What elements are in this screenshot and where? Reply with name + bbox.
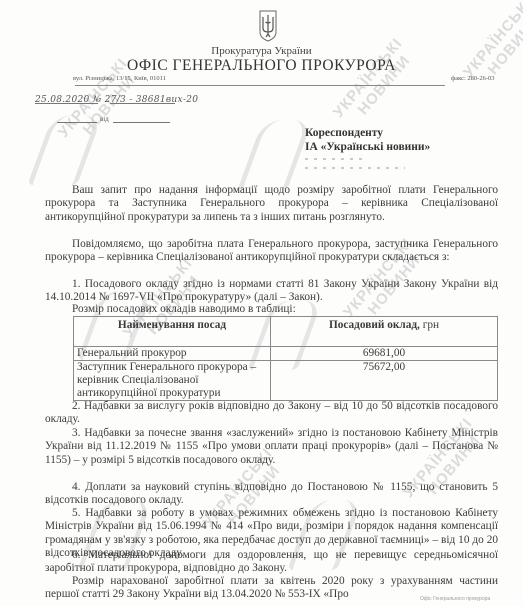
paragraph-request: Ваш запит про надання інформації щодо ро… — [45, 184, 498, 224]
cell-salary: 75672,00 — [271, 361, 498, 401]
table-header-row: Найменування посад Посадовий оклад, грн — [74, 317, 498, 347]
addressee-block: Кореспонденту ІА «Українські новини» — [305, 126, 430, 154]
ref-date-underline — [113, 122, 170, 123]
document-page: УКРАЇНСЬКІНОВИНИ УКРАЇНСЬКІНОВИНИ УКРАЇН… — [0, 0, 523, 606]
addressee-org: ІА «Українські новини» — [305, 140, 430, 154]
salary-header-label: Посадовий оклад, — [329, 319, 420, 331]
redacted-line — [305, 167, 405, 169]
paragraph-table-intro: Розмір посадових окладів наводимо в табл… — [45, 303, 498, 316]
paragraph-item-3: 3. Надбавки за почесне звання «заслужени… — [45, 427, 498, 467]
table-row: Заступник Генерального прокурора – керів… — [74, 361, 498, 401]
salary-header-unit: грн — [420, 319, 439, 331]
date-underline — [35, 103, 98, 104]
number-underline — [110, 103, 175, 104]
redacted-line — [305, 158, 365, 160]
watermark-logo — [27, 115, 102, 185]
org-address: вул. Різницька, 13/15, Київ, 01011 — [73, 75, 166, 82]
paragraph-item-4: 4. Доплати за науковий ступінь відповідн… — [45, 481, 498, 508]
paragraph-item-2: 2. Надбавки за вислугу років відповідно … — [45, 400, 498, 427]
column-header-salary: Посадовий оклад, грн — [271, 317, 498, 347]
paragraph-inform: Повідомляємо, що заробітна плата Генерал… — [45, 238, 498, 265]
paragraph-item-6: 6. Матеріальної допомоги для оздоровленн… — [45, 549, 498, 576]
salary-table: Найменування посад Посадовий оклад, грн … — [73, 316, 498, 401]
table-row: Генеральний прокурор 69681,00 — [74, 347, 498, 361]
addressee-role: Кореспонденту — [305, 126, 430, 140]
header-divider — [75, 85, 445, 86]
ref-date-label: від — [100, 115, 109, 123]
cell-salary: 69681,00 — [271, 347, 498, 361]
cell-position: Заступник Генерального прокурора – керів… — [74, 361, 271, 401]
paragraph-item-1: 1. Посадового окладу згідно із нормами с… — [45, 278, 498, 305]
column-header-position: Найменування посад — [74, 317, 271, 347]
org-title: ОФІС ГЕНЕРАЛЬНОГО ПРОКУРОРА — [0, 57, 523, 75]
watermark-logo — [237, 120, 312, 190]
ref-number-underline — [57, 122, 97, 123]
office-stamp-text: Офіс Генерального прокурора — [420, 596, 490, 602]
cell-position: Генеральний прокурор — [74, 347, 271, 361]
org-fax: факс: 280-26-03 — [451, 75, 495, 82]
trident-emblem-icon — [259, 10, 277, 42]
org-superior-name: Прокуратура України — [0, 45, 523, 57]
